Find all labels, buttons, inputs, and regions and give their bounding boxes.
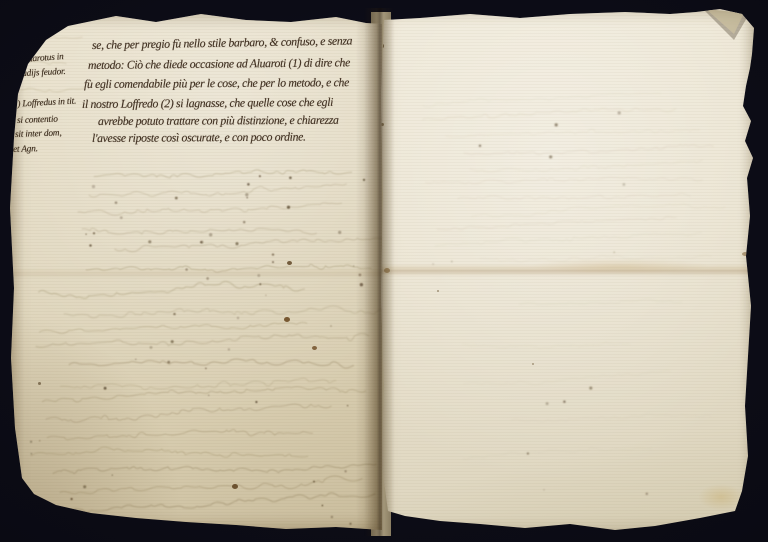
margin-note-line: præludijs feudor. [6,67,66,80]
bleedthrough-ghost-writing [380,6,758,538]
margin-note-line: si contentio [17,115,58,126]
crease-stain [530,258,710,274]
manuscript-line: se, che per pregio fù nello stile barbar… [92,33,352,53]
left-page: se, che per pregio fù nello stile barbar… [6,8,382,536]
photo-canvas: se, che per pregio fù nello stile barbar… [0,0,768,542]
margin-note-line: (1) Aluarotus in [8,52,64,66]
ink-spot [312,346,317,350]
manuscript-line: il nostro Loffredo (2) si lagnasse, che … [82,95,333,112]
ink-spot [287,261,292,265]
margin-note-line: (2) Loffredus in tit. [10,97,77,110]
ink-spot [742,252,749,256]
manuscript-line: l'avesse riposte così oscurate, e con po… [92,130,306,146]
ink-spot [284,317,290,322]
water-stain [698,484,744,510]
ink-spot [232,484,238,489]
paper-texture [380,6,758,538]
margin-note-line: sit inter dom, [15,128,62,140]
right-page [380,6,758,538]
ink-spot [384,268,390,273]
ink-spot [38,382,41,385]
page-shading [380,6,758,538]
margin-note-line: et Agn. [13,144,38,155]
fold-crease [380,264,758,276]
ink-spot [532,363,534,365]
manuscript-line: avrebbe potuto trattare con più distinzi… [98,113,339,129]
manuscript-line: metodo: Ciò che diede occasione ad Aluar… [88,55,350,73]
fold-crease [6,268,382,278]
folded-corner-shadow [380,6,758,76]
ink-spot [437,290,439,292]
manuscript-line: fù egli comendabile più per le cose, che… [84,75,349,92]
folded-corner [380,6,758,76]
